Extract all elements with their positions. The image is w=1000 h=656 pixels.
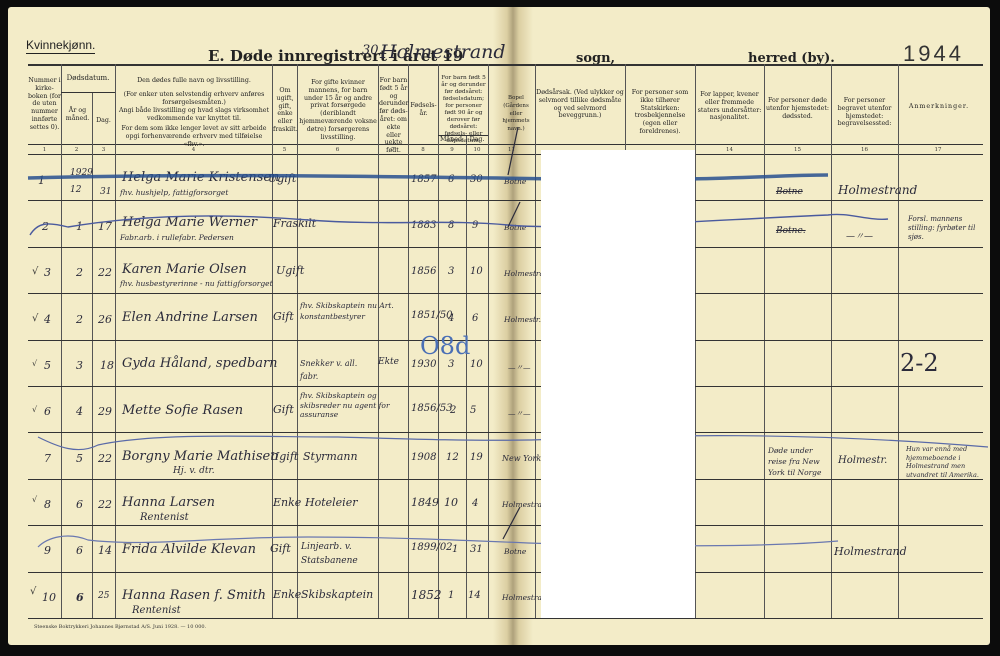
- redacted-area: [541, 150, 695, 618]
- register-page: Kvinnekjønn. E. Døde innregistrert i åre…: [8, 7, 990, 645]
- printer-footer: Steenske Boktrykkeri Johannes Bjørnstad …: [34, 624, 206, 630]
- strike-through-lines: [8, 7, 990, 645]
